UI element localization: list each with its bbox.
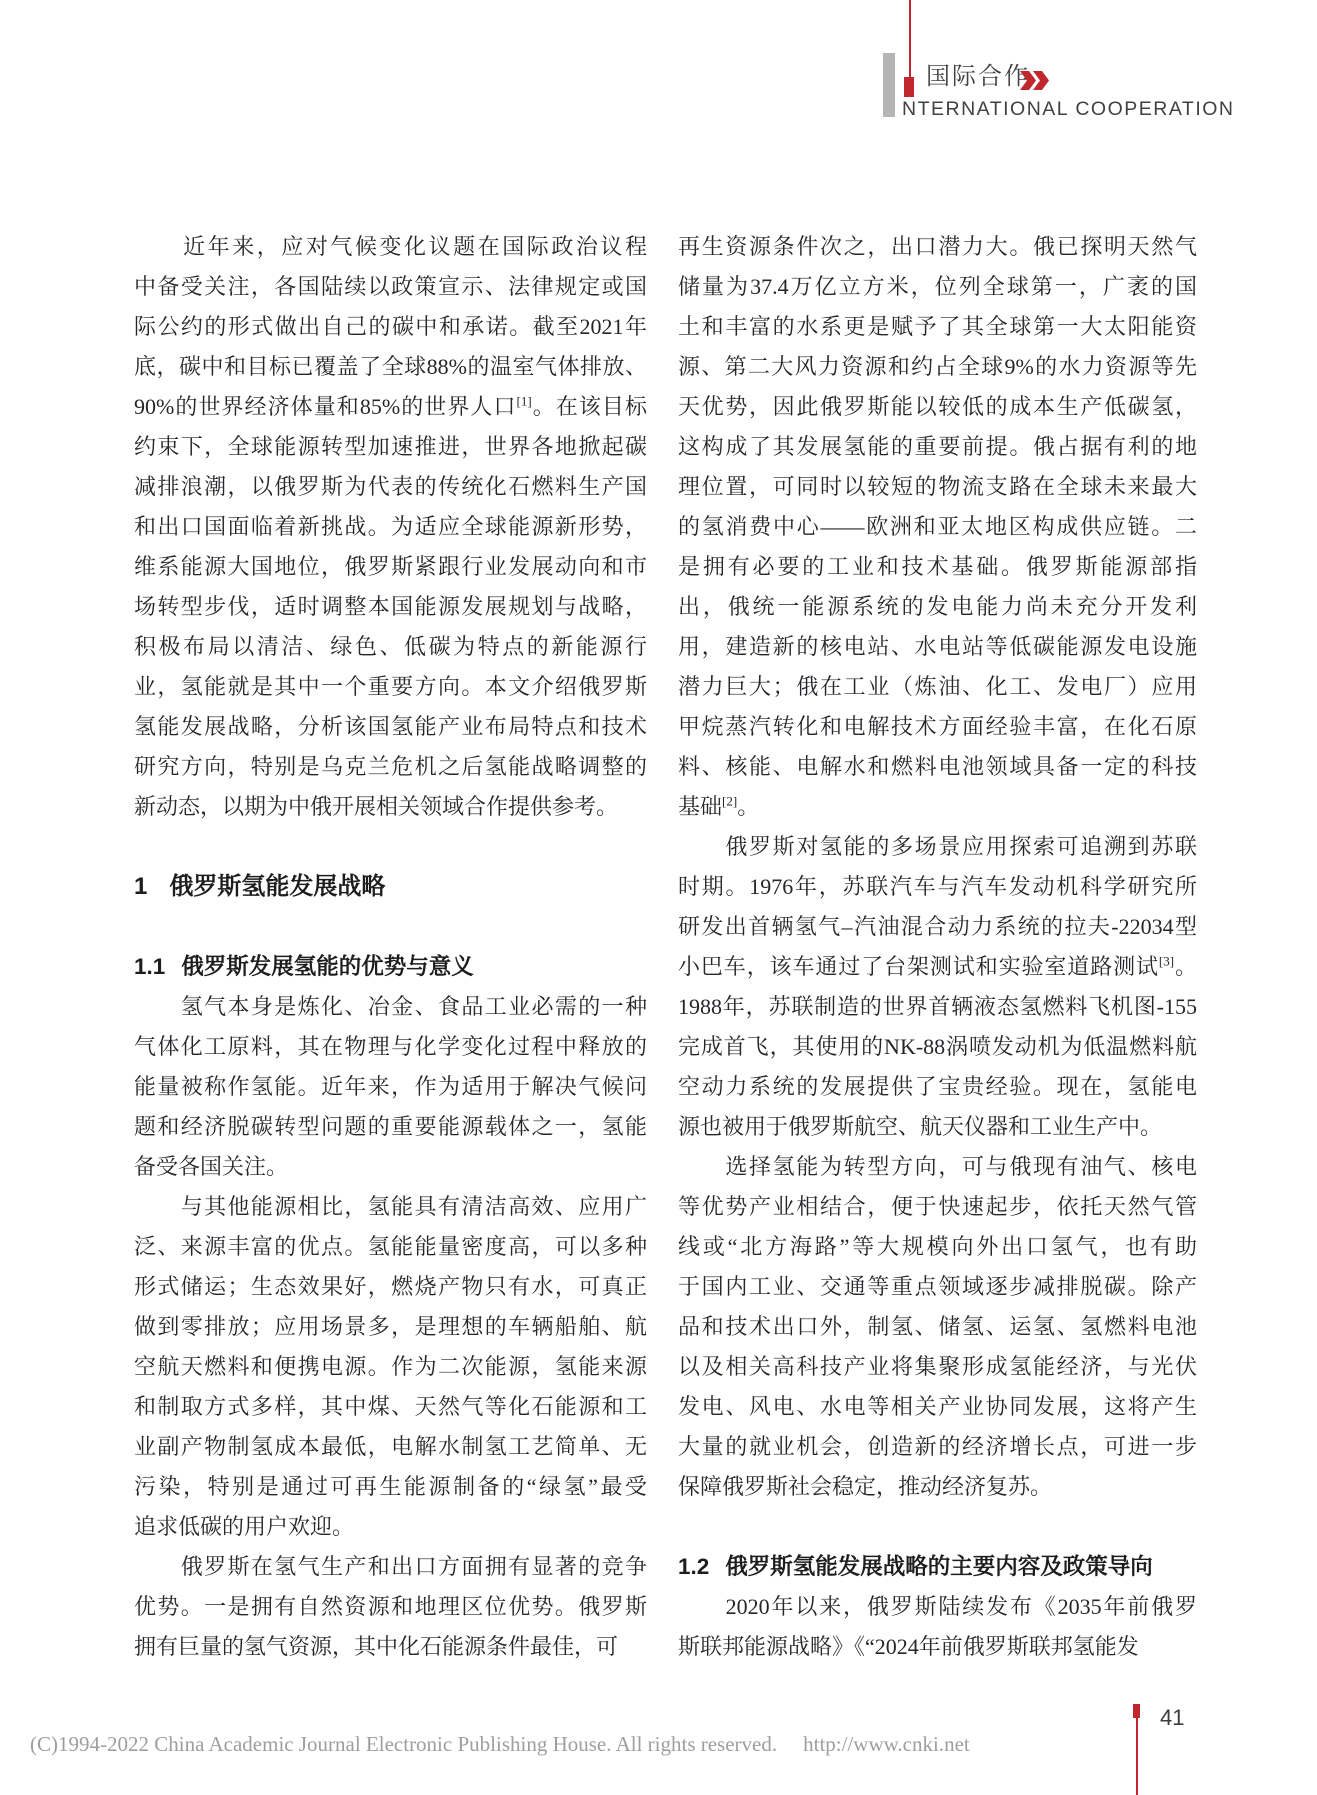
paragraph: 近年来，应对气候变化议题在国际政治议程中备受关注，各国陆续以政策宣示、法律规定或… [134,227,647,827]
text-line: 新动态，以期为中俄开展相关领域合作提供参考。 [134,787,647,827]
text-line: 等优势产业相结合，便于快速起步，依托天然气管 [678,1187,1197,1227]
text-line: 业副产物制氢成本最低，电解水制氢工艺简单、无 [134,1427,647,1467]
text-line: 90%的世界经济体量和85%的世界人口[1]。在该目标 [134,387,647,427]
text-line: 发电、风电、水电等相关产业协同发展，这将产生 [678,1387,1197,1427]
text-line: 源也被用于俄罗斯航空、航天仪器和工业生产中。 [678,1107,1197,1147]
footer: (C)1994-2022 China Academic Journal Elec… [30,1731,970,1757]
text-line: 约束下，全球能源转型加速推进，世界各地掀起碳 [134,427,647,467]
paragraph: 选择氢能为转型方向，可与俄现有油气、核电等优势产业相结合，便于快速起步，依托天然… [678,1147,1197,1507]
text-line: 和出口国面临着新挑战。为适应全球能源新形势， [134,507,647,547]
text-line: 天优势，因此俄罗斯能以较低的成本生产低碳氢， [678,387,1197,427]
text-line: 拥有巨量的氢气资源，其中化石能源条件最佳，可 [134,1627,647,1667]
left-column: 近年来，应对气候变化议题在国际政治议程中备受关注，各国陆续以政策宣示、法律规定或… [134,227,647,1667]
text-line: 底，碳中和目标已覆盖了全球88%的温室气体排放、 [134,347,647,387]
header-gray-bar [883,53,895,117]
text-line: 氢气本身是炼化、冶金、食品工业必需的一种 [134,987,647,1027]
text-line: 线或“北方海路”等大规模向外出口氢气，也有助 [678,1227,1197,1267]
text-line: 追求低碳的用户欢迎。 [134,1507,647,1547]
text-line: 中备受关注，各国陆续以政策宣示、法律规定或国 [134,267,647,307]
text-line: 品和技术出口外，制氢、储氢、运氢、氢燃料电池 [678,1307,1197,1347]
text-line: 大量的就业机会，创造新的经济增长点，可进一步 [678,1427,1197,1467]
text-line: 理位置，可同时以较短的物流支路在全球未来最大 [678,467,1197,507]
text-line: 业，氢能就是其中一个重要方向。本文介绍俄罗斯 [134,667,647,707]
text-line: 基础[2]。 [678,787,1197,827]
text-line: 源、第二大风力资源和约占全球9%的水力资源等先 [678,347,1197,387]
text-line: 1988年，苏联制造的世界首辆液态氢燃料飞机图-155 [678,987,1197,1027]
text-line: 减排浪潮，以俄罗斯为代表的传统化石燃料生产国 [134,467,647,507]
text-line: 选择氢能为转型方向，可与俄现有油气、核电 [678,1147,1197,1187]
text-line: 潜力巨大；俄在工业（炼油、化工、发电厂）应用 [678,667,1197,707]
text-line: 题和经济脱碳转型问题的重要能源载体之一，氢能 [134,1107,647,1147]
copyright-text: (C)1994-2022 China Academic Journal Elec… [30,1732,777,1756]
section-heading: 1.1俄罗斯发展氢能的优势与意义 [134,947,647,987]
page-number: 41 [1160,1706,1184,1730]
section-heading: 1.2俄罗斯氢能发展战略的主要内容及政策导向 [678,1547,1197,1587]
journal-page: 国际合作 NTERNATIONAL COOPERATION 近年来，应对气候变化… [0,0,1317,1795]
text-line: 维系能源大国地位，俄罗斯紧跟行业发展动向和市 [134,547,647,587]
text-line: 和制取方式多样，其中煤、天然气等化石能源和工 [134,1387,647,1427]
text-line: 形式储运；生态效果好，燃烧产物只有水，可真正 [134,1267,647,1307]
text-line: 备受各国关注。 [134,1147,647,1187]
section-title-zh: 国际合作 [926,62,1030,92]
text-line: 空动力系统的发展提供了宝贵经验。现在，氢能电 [678,1067,1197,1107]
text-line: 甲烷蒸汽转化和电解技术方面经验丰富，在化石原 [678,707,1197,747]
text-line: 以及相关高科技产业将集聚形成氢能经济，与光伏 [678,1347,1197,1387]
text-line: 积极布局以清洁、绿色、低碳为特点的新能源行 [134,627,647,667]
header-red-rule [909,0,911,77]
text-line: 能量被称作氢能。近年来，作为适用于解决气候问 [134,1067,647,1107]
text-line: 时期。1976年，苏联汽车与汽车发动机科学研究所 [678,867,1197,907]
text-line: 研发出首辆氢气–汽油混合动力系统的拉夫-22034型 [678,907,1197,947]
text-line: 用，建造新的核电站、水电站等低碳能源发电设施 [678,627,1197,667]
paragraph: 氢气本身是炼化、冶金、食品工业必需的一种气体化工原料，其在物理与化学变化过程中释… [134,987,647,1187]
paragraph: 再生资源条件次之，出口潜力大。俄已探明天然气储量为37.4万亿立方米，位列全球第… [678,227,1197,827]
text-line: 再生资源条件次之，出口潜力大。俄已探明天然气 [678,227,1197,267]
section-heading: 1俄罗斯氢能发展战略 [134,867,647,907]
text-line: 保障俄罗斯社会稳定，推动经济复苏。 [678,1467,1197,1507]
text-line: 小巴车，该车通过了台架测试和实验室道路测试[3]。 [678,947,1197,987]
paragraph: 2020年以来，俄罗斯陆续发布《2035年前俄罗斯联邦能源战略》《“2024年前… [678,1587,1197,1667]
heading-number: 1 [134,873,147,900]
text-line: 2020年以来，俄罗斯陆续发布《2035年前俄罗 [678,1587,1197,1627]
text-line: 做到零排放；应用场景多，是理想的车辆船舶、航 [134,1307,647,1347]
right-column: 再生资源条件次之，出口潜力大。俄已探明天然气储量为37.4万亿立方米，位列全球第… [678,227,1197,1667]
header-red-square [904,77,914,97]
heading-title: 俄罗斯发展氢能的优势与意义 [181,954,474,979]
footer-url: http://www.cnki.net [803,1732,970,1756]
page-number-red-rule [1136,1704,1138,1795]
text-line: 气体化工原料，其在物理与化学变化过程中释放的 [134,1027,647,1067]
text-line: 泛、来源丰富的优点。氢能能量密度高，可以多种 [134,1227,647,1267]
heading-number: 1.2 [678,1554,709,1579]
paragraph: 俄罗斯在氢气生产和出口方面拥有显著的竞争优势。一是拥有自然资源和地理区位优势。俄… [134,1547,647,1667]
text-line: 空航天燃料和便携电源。作为二次能源，氢能来源 [134,1347,647,1387]
paragraph: 俄罗斯对氢能的多场景应用探索可追溯到苏联时期。1976年，苏联汽车与汽车发动机科… [678,827,1197,1147]
heading-number: 1.1 [134,954,165,979]
text-line: 料、核能、电解水和燃料电池领域具备一定的科技 [678,747,1197,787]
text-line: 际公约的形式做出自己的碳中和承诺。截至2021年 [134,307,647,347]
text-line: 优势。一是拥有自然资源和地理区位优势。俄罗斯 [134,1587,647,1627]
text-line: 俄罗斯对氢能的多场景应用探索可追溯到苏联 [678,827,1197,867]
heading-title: 俄罗斯氢能发展战略 [169,873,385,900]
section-title-en: NTERNATIONAL COOPERATION [902,97,1235,121]
text-line: 研究方向，特别是乌克兰危机之后氢能战略调整的 [134,747,647,787]
text-line: 于国内工业、交通等重点领域逐步减排脱碳。除产 [678,1267,1197,1307]
text-line: 出，俄统一能源系统的发电能力尚未充分开发利 [678,587,1197,627]
text-line: 近年来，应对气候变化议题在国际政治议程 [134,227,647,267]
heading-title: 俄罗斯氢能发展战略的主要内容及政策导向 [725,1554,1153,1579]
double-chevron-icon [1020,71,1050,90]
text-line: 氢能发展战略，分析该国氢能产业布局特点和技术 [134,707,647,747]
text-line: 这构成了其发展氢能的重要前提。俄占据有利的地 [678,427,1197,467]
text-line: 完成首飞，其使用的NK-88涡喷发动机为低温燃料航 [678,1027,1197,1067]
text-line: 与其他能源相比，氢能具有清洁高效、应用广 [134,1187,647,1227]
text-line: 是拥有必要的工业和技术基础。俄罗斯能源部指 [678,547,1197,587]
text-line: 污染，特别是通过可再生能源制备的“绿氢”最受 [134,1467,647,1507]
text-line: 的氢消费中心——欧洲和亚太地区构成供应链。二 [678,507,1197,547]
text-line: 俄罗斯在氢气生产和出口方面拥有显著的竞争 [134,1547,647,1587]
text-line: 土和丰富的水系更是赋予了其全球第一大太阳能资 [678,307,1197,347]
text-line: 储量为37.4万亿立方米，位列全球第一，广袤的国 [678,267,1197,307]
paragraph: 与其他能源相比，氢能具有清洁高效、应用广泛、来源丰富的优点。氢能能量密度高，可以… [134,1187,647,1547]
text-line: 场转型步伐，适时调整本国能源发展规划与战略， [134,587,647,627]
text-line: 斯联邦能源战略》《“2024年前俄罗斯联邦氢能发 [678,1627,1197,1667]
